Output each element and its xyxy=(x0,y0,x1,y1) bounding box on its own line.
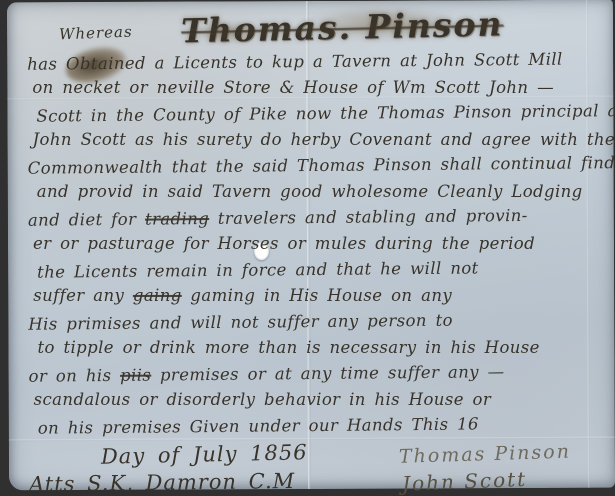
signature-thomas-pinson: Thomas Pinson xyxy=(399,441,572,468)
manuscript-text: Commonwealth that the said Thomas Pinson… xyxy=(28,153,615,178)
manuscript-text: scandalous or disorderly behavior in his… xyxy=(34,390,491,409)
manuscript-text: gaming in His House on any xyxy=(182,286,452,305)
attest-line: Atts S.K, Damron C.M xyxy=(29,469,295,496)
manuscript-line: His primises and will not suffer any per… xyxy=(28,306,604,338)
manuscript-text: travelers and stabling and provin- xyxy=(209,206,528,228)
manuscript-text: the Licents remain in force and that he … xyxy=(37,258,479,281)
manuscript-line: Scott in the County of Pike now the Thom… xyxy=(36,98,603,129)
manuscript-text: and provid in said Tavern good wholesome… xyxy=(37,182,583,201)
struck-word: piis xyxy=(120,366,151,385)
manuscript-text: has Obtained a Licents to kup a Tavern a… xyxy=(27,50,563,74)
manuscript-writing: Whereas Thomas. Pinson has Obtained a Li… xyxy=(27,6,605,489)
photo-backdrop: Whereas Thomas. Pinson has Obtained a Li… xyxy=(0,0,615,496)
manuscript-line: suffer any gaing gaming in His House on … xyxy=(33,283,604,309)
manuscript-line: and provid in said Tavern good wholesome… xyxy=(37,179,604,205)
struck-word: trading xyxy=(145,209,209,229)
attest-row: Atts S.K, Damron C.M John Scott xyxy=(29,469,605,496)
manuscript-text: John Scott as his surety do herby Covena… xyxy=(33,130,615,149)
manuscript-text: His primises and will not suffer any per… xyxy=(28,311,453,334)
manuscript-text: on necket or neville Store & House of Wm… xyxy=(32,78,554,97)
manuscript-line: on his premises Given under our Hands Th… xyxy=(38,410,605,441)
date-line: Day of July 1856 xyxy=(101,440,308,469)
manuscript-text: er or pasturage for Horses or mules duri… xyxy=(33,234,535,253)
manuscript-text: premises or at any time suffer any — xyxy=(151,362,504,384)
manuscript-line: scandalous or disorderly behavior in his… xyxy=(34,387,605,413)
manuscript-text: suffer any xyxy=(33,286,133,305)
closing-row: Day of July 1856 Thomas Pinson xyxy=(29,441,605,468)
whereas-word: Whereas xyxy=(59,22,134,49)
manuscript-line: John Scott as his surety do herby Covena… xyxy=(33,127,604,153)
manuscript-text: Scott in the County of Pike now the Thom… xyxy=(36,101,615,126)
manuscript-line: or on his piis premises or at any time s… xyxy=(28,358,604,390)
struck-word: gaing xyxy=(133,286,182,305)
manuscript-body: has Obtained a Licents to kup a Tavern a… xyxy=(27,48,605,441)
heading-row: Whereas Thomas. Pinson xyxy=(27,6,603,49)
manuscript-line: on necket or neville Store & House of Wm… xyxy=(32,75,603,101)
manuscript-text: on his premises Given under our Hands Th… xyxy=(38,414,479,437)
manuscript-text: to tipple or drink more than is necessar… xyxy=(37,338,539,357)
manuscript-line: to tipple or drink more than is necessar… xyxy=(37,335,604,361)
signature-john-scott: John Scott xyxy=(401,467,527,496)
manuscript-line: and diet for trading travelers and stabl… xyxy=(28,202,604,234)
manuscript-paper: Whereas Thomas. Pinson has Obtained a Li… xyxy=(7,0,615,490)
manuscript-line: Commonwealth that the said Thomas Pinson… xyxy=(28,150,604,182)
manuscript-line: the Licents remain in force and that he … xyxy=(37,254,604,285)
manuscript-line: has Obtained a Licents to kup a Tavern a… xyxy=(27,46,603,78)
heading-name-thomas-pinson: Thomas. Pinson xyxy=(180,4,503,50)
manuscript-text: and diet for xyxy=(28,210,145,230)
manuscript-text: or on his xyxy=(28,366,120,386)
manuscript-line: er or pasturage for Horses or mules duri… xyxy=(33,231,604,257)
